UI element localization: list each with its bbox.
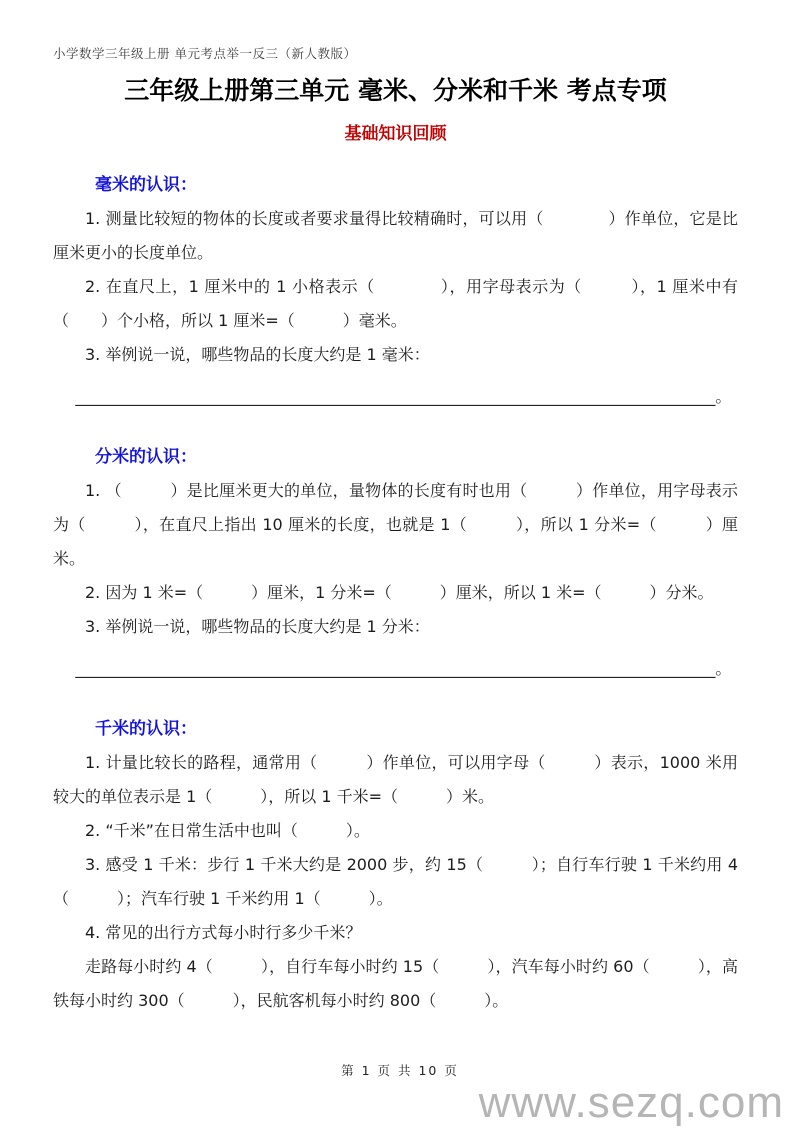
paragraph: 2. “千米”在日常生活中也叫（ ）。 (53, 814, 738, 848)
page-title: 三年级上册第三单元 毫米、分米和千米 考点专项 (53, 74, 738, 108)
answer-blank-line: ________________________________________… (53, 648, 738, 690)
paragraph: 2. 因为 1 米=（ ）厘米，1 分米=（ ）厘米，所以 1 米=（ ）分米。 (53, 576, 738, 610)
paragraph: 3. 感受 1 千米：步行 1 千米大约是 2000 步，约 15（ ）；自行车… (53, 848, 738, 916)
paragraph: 3. 举例说一说，哪些物品的长度大约是 1 毫米： (53, 338, 738, 372)
page-footer: 第 1 页 共 10 页 (0, 1061, 800, 1079)
paragraph: 1. 测量比较短的物体的长度或者要求量得比较精确时，可以用（ ）作单位，它是比厘… (53, 202, 738, 270)
section-heading-kilometer: 千米的认识： (95, 716, 738, 742)
document-header: 小学数学三年级上册 单元考点举一反三（新人教版） (53, 46, 738, 62)
paragraph: 3. 举例说一说，哪些物品的长度大约是 1 分米： (53, 610, 738, 644)
paragraph: 4. 常见的出行方式每小时行多少千米？ (53, 916, 738, 950)
paragraph: 1. （ ）是比厘米更大的单位，量物体的长度有时也用（ ）作单位，用字母表示为（… (53, 474, 738, 576)
answer-blank-line: ________________________________________… (53, 376, 738, 418)
section-subtitle: 基础知识回顾 (53, 122, 738, 146)
section-heading-decimeter: 分米的认识： (95, 444, 738, 470)
section-kilometer: 千米的认识： 1. 计量比较长的路程，通常用（ ）作单位，可以用字母（ ）表示，… (53, 716, 738, 1018)
paragraph: 2. 在直尺上，1 厘米中的 1 小格表示（ ），用字母表示为（ ），1 厘米中… (53, 270, 738, 338)
section-decimeter: 分米的认识： 1. （ ）是比厘米更大的单位，量物体的长度有时也用（ ）作单位，… (53, 444, 738, 690)
paragraph: 走路每小时约 4（ ），自行车每小时约 15（ ），汽车每小时约 60（ ），高… (53, 950, 738, 1018)
worksheet-page: 小学数学三年级上册 单元考点举一反三（新人教版） 三年级上册第三单元 毫米、分米… (0, 0, 800, 1131)
section-millimeter: 毫米的认识： 1. 测量比较短的物体的长度或者要求量得比较精确时，可以用（ ）作… (53, 172, 738, 418)
section-heading-millimeter: 毫米的认识： (95, 172, 738, 198)
paragraph: 1. 计量比较长的路程，通常用（ ）作单位，可以用字母（ ）表示，1000 米用… (53, 746, 738, 814)
watermark: www.sezq.com (479, 1081, 784, 1125)
